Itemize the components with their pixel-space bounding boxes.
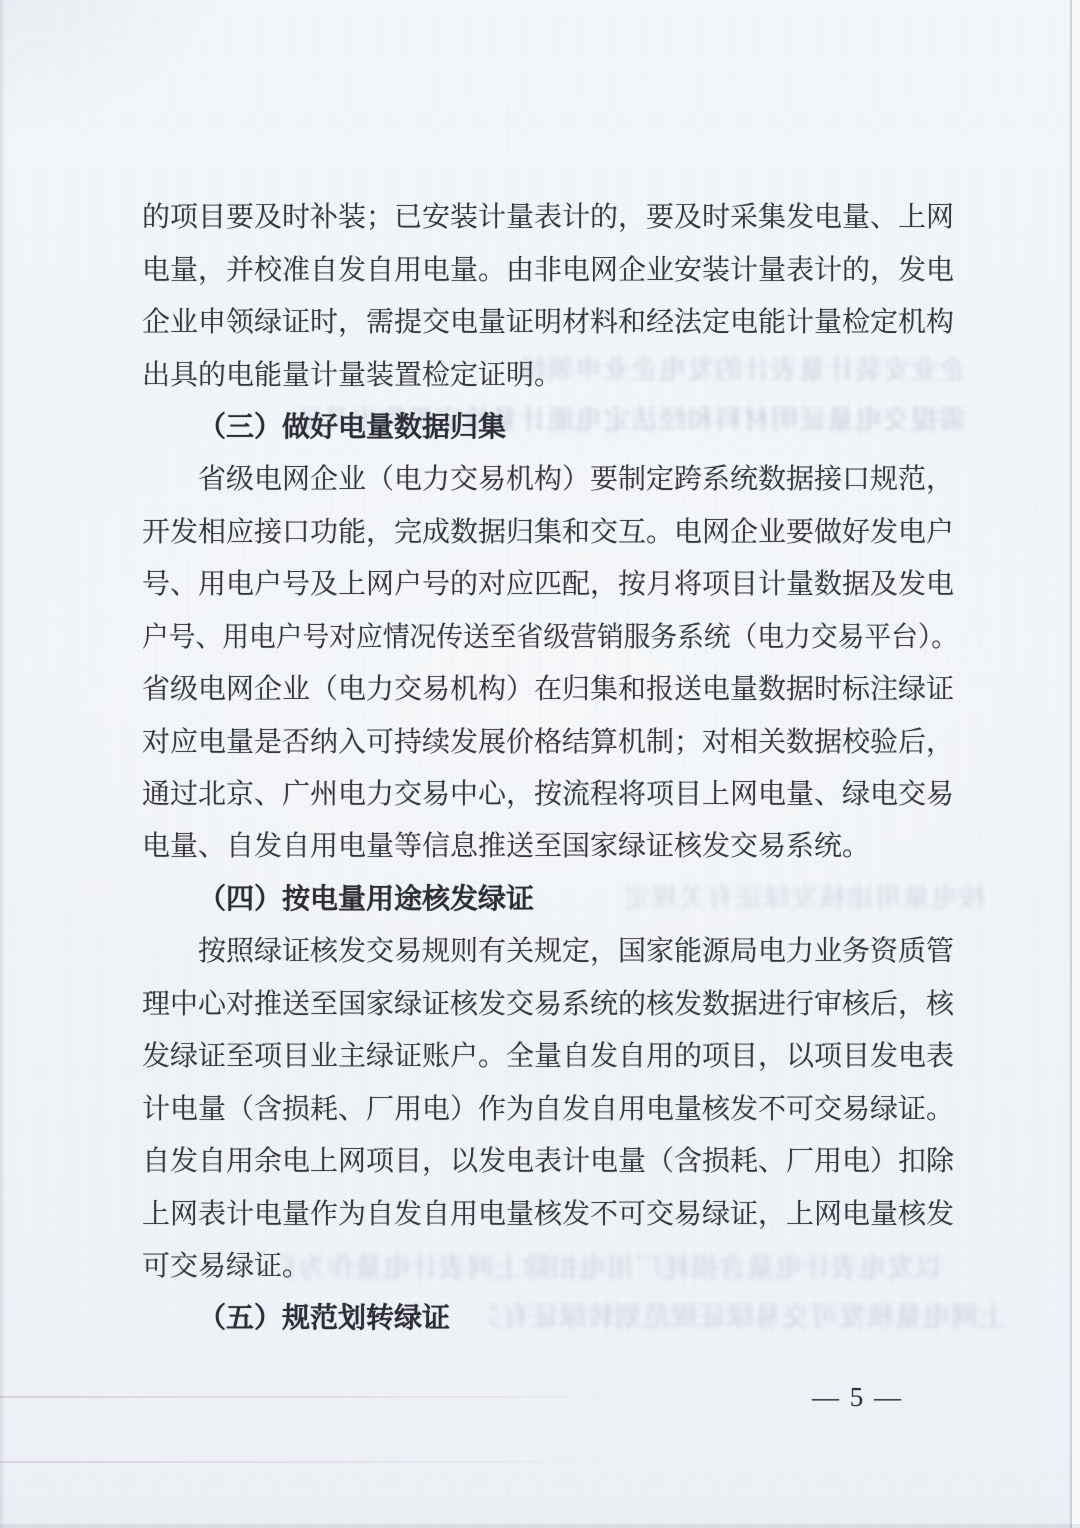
text-line: （四）按电量用途核发绿证: [142, 871, 958, 923]
text-line-content: 电量，并校准自发自用电量。由非电网企业安装计量表计的，发电: [142, 248, 954, 288]
text-line-content: 电量、自发自用电量等信息推送至国家绿证核发交易系统。: [142, 824, 870, 864]
text-line-content: 通过北京、广州电力交易中心，按流程将项目上网电量、绿电交易: [142, 772, 954, 812]
text-line-content: 企业申领绿证时，需提交电量证明材料和经法定电能计量检定机构: [142, 300, 954, 340]
text-line: 户号、用电户号对应情况传送至省级营销服务系统（电力交易平台）。: [142, 609, 958, 661]
text-line: 号、用电户号及上网户号的对应匹配，按月将项目计量数据及发电: [142, 556, 958, 608]
text-line-content: 省级电网企业（电力交易机构）要制定跨系统数据接口规范，: [198, 457, 954, 497]
text-line-content: 出具的电能量计量装置检定证明。: [142, 353, 562, 393]
text-line: 开发相应接口功能，完成数据归集和交互。电网企业要做好发电户: [142, 504, 958, 556]
text-line-content: 省级电网企业（电力交易机构）在归集和报送电量数据时标注绿证: [142, 667, 954, 707]
text-line-content: 自发自用余电上网项目，以发电表计电量（含损耗、厂用电）扣除: [142, 1139, 954, 1179]
scan-edge-strip: [0, 0, 6, 1528]
text-line-content: 可交易绿证。: [142, 1244, 310, 1284]
text-line-content: 理中心对推送至国家绿证核发交易系统的核发数据进行审核后，核: [142, 982, 954, 1022]
document-text-block: 的项目要及时补装；已安装计量表计的，要及时采集发电量、上网电量，并校准自发自用电…: [142, 189, 958, 1343]
text-line-content: 上网表计电量作为自发自用电量核发不可交易绿证，上网电量核发: [142, 1192, 954, 1232]
text-line-content: 发绿证至项目业主绿证账户。全量自发自用的项目，以项目发电表: [142, 1034, 954, 1074]
text-line-content: 计电量（含损耗、厂用电）作为自发自用电量核发不可交易绿证。: [142, 1087, 954, 1127]
text-line: 可交易绿证。: [142, 1238, 958, 1290]
document-page: 企业安装计量表计的发电企业申领绿证 需提交电量证明材料和经法定电能计量检定机构出…: [0, 0, 1080, 1528]
text-line: 的项目要及时补装；已安装计量表计的，要及时采集发电量、上网: [142, 189, 958, 241]
text-line-content: 按照绿证核发交易规则有关规定，国家能源局电力业务资质管: [198, 929, 954, 969]
scan-streak-line: [0, 1396, 630, 1398]
page-number: — 5 —: [812, 1381, 903, 1413]
text-line-content: 号、用电户号及上网户号的对应匹配，按月将项目计量数据及发电: [142, 562, 954, 602]
text-line: 企业申领绿证时，需提交电量证明材料和经法定电能计量检定机构: [142, 294, 958, 346]
text-line-content: （三）做好电量数据归集: [198, 405, 506, 445]
text-line-content: 户号、用电户号对应情况传送至省级营销服务系统（电力交易平台）。: [142, 615, 958, 655]
text-line-content: （四）按电量用途核发绿证: [198, 877, 534, 917]
text-line: 理中心对推送至国家绿证核发交易系统的核发数据进行审核后，核: [142, 976, 958, 1028]
text-line: 电量、自发自用电量等信息推送至国家绿证核发交易系统。: [142, 818, 958, 870]
text-line: 电量，并校准自发自用电量。由非电网企业安装计量表计的，发电: [142, 241, 958, 293]
scan-edge-strip: [0, 1524, 1080, 1528]
text-line: 发绿证至项目业主绿证账户。全量自发自用的项目，以项目发电表: [142, 1028, 958, 1080]
text-line: （五）规范划转绿证: [142, 1290, 958, 1342]
text-line-content: 的项目要及时补装；已安装计量表计的，要及时采集发电量、上网: [142, 195, 954, 235]
text-line: 出具的电能量计量装置检定证明。: [142, 346, 958, 398]
text-line-content: （五）规范划转绿证: [198, 1296, 450, 1336]
text-line: 通过北京、广州电力交易中心，按流程将项目上网电量、绿电交易: [142, 766, 958, 818]
text-line: 省级电网企业（电力交易机构）在归集和报送电量数据时标注绿证: [142, 661, 958, 713]
text-line: 按照绿证核发交易规则有关规定，国家能源局电力业务资质管: [142, 923, 958, 975]
text-line: 省级电网企业（电力交易机构）要制定跨系统数据接口规范，: [142, 451, 958, 503]
text-line-content: 开发相应接口功能，完成数据归集和交互。电网企业要做好发电户: [142, 510, 954, 550]
text-line: 自发自用余电上网项目，以发电表计电量（含损耗、厂用电）扣除: [142, 1133, 958, 1185]
text-line: 对应电量是否纳入可持续发展价格结算机制；对相关数据校验后，: [142, 713, 958, 765]
text-line: 计电量（含损耗、厂用电）作为自发自用电量核发不可交易绿证。: [142, 1080, 958, 1132]
text-line-content: 对应电量是否纳入可持续发展价格结算机制；对相关数据校验后，: [142, 720, 954, 760]
text-line: （三）做好电量数据归集: [142, 399, 958, 451]
scan-streak-line: [0, 1461, 606, 1463]
text-line: 上网表计电量作为自发自用电量核发不可交易绿证，上网电量核发: [142, 1185, 958, 1237]
scan-edge-strip: [1072, 0, 1080, 1528]
